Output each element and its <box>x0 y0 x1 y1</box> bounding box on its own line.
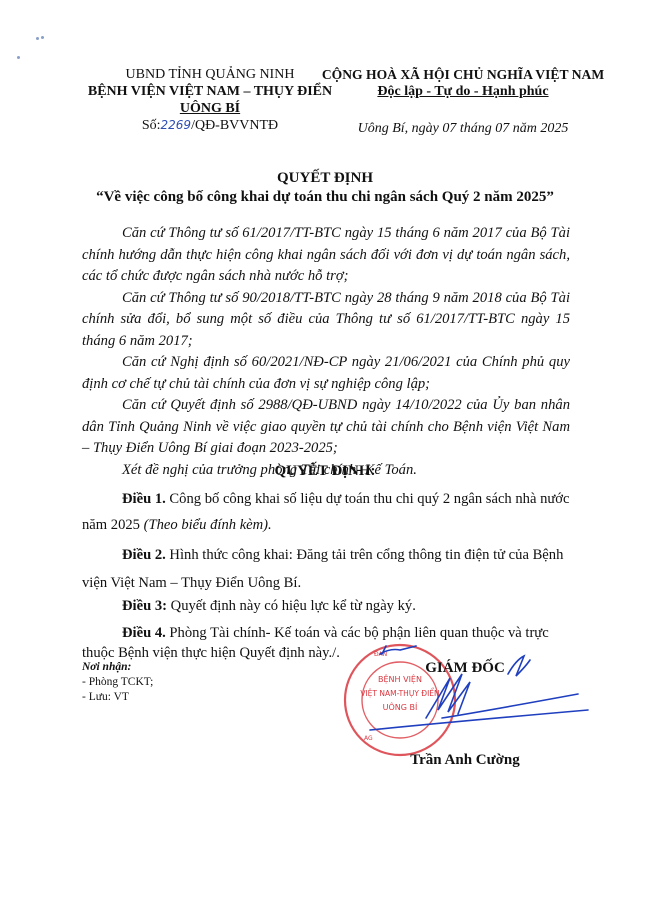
hospital-name: BỆNH VIỆN VIỆT NAM – THỤY ĐIỂN <box>60 83 360 100</box>
document-type: QUYẾT ĐỊNH <box>40 170 610 187</box>
decision-heading: QUYẾT ĐỊNH: <box>40 463 610 480</box>
handwritten-signature <box>330 630 590 750</box>
recipients-heading: Nơi nhận: <box>82 660 153 675</box>
document-subject: “Về việc công bố công khai dự toán thu c… <box>40 189 610 206</box>
recipients-block: Nơi nhận: - Phòng TCKT; - Lưu: VT <box>82 660 153 705</box>
handwritten-number: 2269 <box>161 118 192 132</box>
signer-name: Trần Anh Cường <box>360 752 570 769</box>
legal-bases: Căn cứ Thông tư số 61/2017/TT-BTC ngày 1… <box>82 223 570 481</box>
national-header: CỘNG HOÀ XÃ HỘI CHỦ NGHĨA VIỆT NAM Độc l… <box>318 66 608 137</box>
agency-name: UBND TỈNH QUẢNG NINH <box>60 66 360 83</box>
basis-2: Căn cứ Thông tư số 90/2018/TT-BTC ngày 2… <box>82 288 570 353</box>
recipient-item: - Phòng TCKT; <box>82 675 153 690</box>
hospital-name-line2: UÔNG BÍ <box>60 100 360 117</box>
recipient-item: - Lưu: VT <box>82 690 153 705</box>
national-motto: Độc lập - Tự do - Hạnh phúc <box>318 83 608 100</box>
article-3: Điều 3: Quyết định này có hiệu lực kể từ… <box>82 596 570 616</box>
scan-speck <box>41 36 44 39</box>
scan-speck <box>17 56 20 59</box>
issuer-block: UBND TỈNH QUẢNG NINH BỆNH VIỆN VIỆT NAM … <box>60 66 360 134</box>
article-2: Điều 2. Hình thức công khai: Đăng tải tr… <box>82 541 570 597</box>
basis-4: Căn cứ Quyết định số 2988/QĐ-UBND ngày 1… <box>82 395 570 460</box>
scan-speck <box>36 37 39 40</box>
place-date: Uông Bí, ngày 07 tháng 07 năm 2025 <box>318 120 608 137</box>
basis-1: Căn cứ Thông tư số 61/2017/TT-BTC ngày 1… <box>82 223 570 288</box>
article-1: Điều 1. Công bố công khai số liệu dự toá… <box>82 486 570 538</box>
nation-name: CỘNG HOÀ XÃ HỘI CHỦ NGHĨA VIỆT NAM <box>318 66 608 83</box>
document-number: Số:2269/QĐ-BVVNTĐ <box>60 117 360 134</box>
basis-3: Căn cứ Nghị định số 60/2021/NĐ-CP ngày 2… <box>82 352 570 395</box>
